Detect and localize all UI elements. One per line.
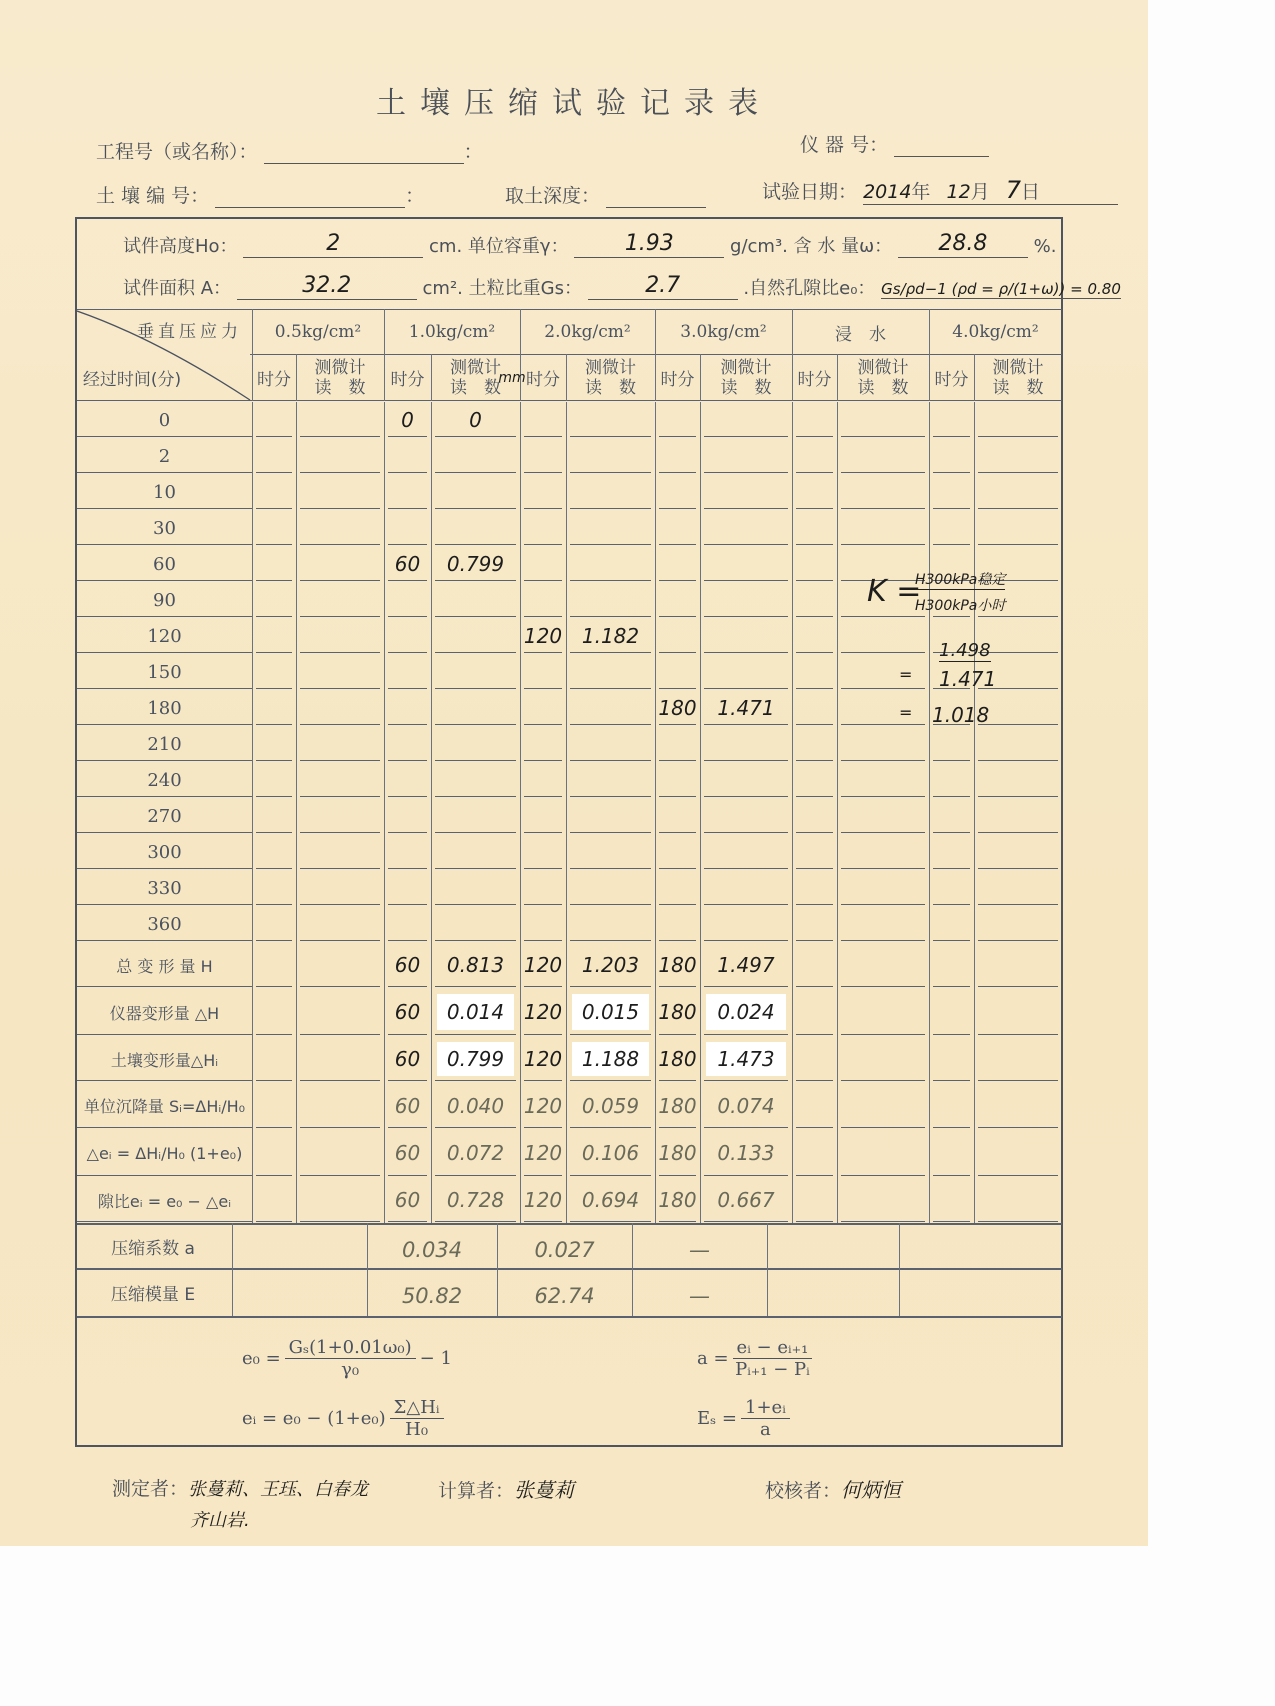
- calc-value[interactable]: 0.014: [437, 994, 514, 1030]
- cell-underline: [659, 760, 696, 761]
- cell-underline: [435, 1221, 516, 1222]
- cell-underline: [659, 796, 696, 797]
- modulus-value[interactable]: 50.82: [367, 1275, 497, 1317]
- calc-value[interactable]: 0.059: [572, 1088, 649, 1123]
- cell-underline: [524, 436, 562, 437]
- cell-underline: [659, 472, 696, 473]
- cell-underline: [704, 940, 788, 941]
- cell-underline: [570, 1080, 651, 1081]
- calc-value[interactable]: 0.015: [572, 994, 649, 1030]
- cell-underline: [704, 1175, 788, 1176]
- k-symbol: K =: [867, 574, 921, 609]
- divider: [77, 688, 252, 689]
- divider: [296, 402, 297, 1223]
- cell-underline: [435, 832, 516, 833]
- divider: [77, 940, 252, 941]
- cell-underline: [978, 724, 1058, 725]
- cell-underline: [933, 544, 970, 545]
- project-field: 工程号（或名称）： ：: [96, 137, 483, 164]
- water-content-value[interactable]: 28.8: [898, 231, 1028, 258]
- cell-underline: [933, 1034, 970, 1035]
- cell-underline: [933, 986, 970, 987]
- tester-field: 测定者：张蔓莉、王珏、白春龙: [112, 1474, 368, 1501]
- time-row-label: 120: [77, 618, 252, 654]
- divider: [77, 1080, 252, 1081]
- calc-value[interactable]: 0.106: [572, 1135, 649, 1171]
- calc-time[interactable]: 60: [384, 942, 431, 988]
- cell-underline: [796, 1127, 833, 1128]
- divider: [77, 508, 252, 509]
- calc-value[interactable]: 0.040: [437, 1088, 514, 1123]
- cell-underline: [435, 796, 516, 797]
- cell-underline: [256, 904, 292, 905]
- cell-underline: [796, 544, 833, 545]
- cell-underline: [933, 472, 970, 473]
- cell-underline: [841, 472, 925, 473]
- calc-value[interactable]: 1.203: [572, 948, 649, 982]
- calc-time[interactable]: 120: [520, 1177, 566, 1223]
- cell-underline: [978, 1127, 1058, 1128]
- e0-value[interactable]: Gs/ρd−1 (ρd = ρ/(1+ω)) = 0.80: [881, 280, 1121, 299]
- calc-time[interactable]: 60: [384, 988, 431, 1036]
- cell-underline: [256, 940, 292, 941]
- cell-underline: [841, 616, 925, 617]
- time-subheader: 时分: [655, 356, 700, 399]
- cell-underline: [524, 616, 562, 617]
- cell-underline: [256, 1034, 292, 1035]
- time-row-label: 2: [77, 438, 252, 474]
- cell-underline: [704, 508, 788, 509]
- formula-e0: e₀ = Gₛ(1+0.01ω₀)γ₀ − 1: [242, 1337, 452, 1380]
- height-value[interactable]: 2: [243, 231, 423, 258]
- time-row-label: 360: [77, 906, 252, 942]
- unit-weight-value[interactable]: 1.93: [574, 231, 724, 258]
- cell-underline: [388, 904, 427, 905]
- cell-underline: [704, 652, 788, 653]
- stress-header: 2.0kg/cm²: [520, 311, 655, 353]
- cell-underline: [300, 1127, 380, 1128]
- cell-underline: [978, 472, 1058, 473]
- cell-underline: [841, 508, 925, 509]
- cell-underline: [796, 760, 833, 761]
- cell-underline: [256, 760, 292, 761]
- cell-underline: [933, 436, 970, 437]
- cell-underline: [841, 760, 925, 761]
- cell-underline: [300, 986, 380, 987]
- reading-time[interactable]: 180: [655, 690, 700, 726]
- cell-underline: [435, 1175, 516, 1176]
- cell-underline: [435, 1034, 516, 1035]
- cell-underline: [435, 868, 516, 869]
- cell-underline: [256, 1175, 292, 1176]
- calc-row-label: 隙比eᵢ = e₀ − △eᵢ: [79, 1177, 250, 1223]
- cell-underline: [796, 724, 833, 725]
- cell-underline: [388, 724, 427, 725]
- calc-row-label: 仪器变形量 △H: [79, 988, 250, 1036]
- reading-time[interactable]: 120: [520, 618, 566, 654]
- cell-underline: [704, 436, 788, 437]
- depth-input[interactable]: [606, 185, 706, 208]
- cell-underline: [570, 436, 651, 437]
- calc-time[interactable]: 60: [384, 1082, 431, 1129]
- cell-underline: [256, 1080, 292, 1081]
- divider: [77, 868, 252, 869]
- time-row-label: 270: [77, 798, 252, 834]
- cell-underline: [435, 986, 516, 987]
- calc-time[interactable]: 180: [655, 1129, 700, 1177]
- cell-underline: [978, 832, 1058, 833]
- cell-underline: [524, 832, 562, 833]
- cell-underline: [933, 508, 970, 509]
- k-num-value: 1.498: [939, 640, 991, 662]
- divider: [77, 1034, 252, 1035]
- coef-a-value[interactable]: 0.034: [367, 1229, 497, 1271]
- calc-value[interactable]: 1.473: [706, 1042, 786, 1076]
- cell-underline: [796, 436, 833, 437]
- date-day[interactable]: 7: [1006, 176, 1021, 204]
- divider: [700, 402, 701, 1223]
- cell-underline: [388, 760, 427, 761]
- cell-underline: [796, 904, 833, 905]
- reading-value[interactable]: 0: [431, 402, 520, 438]
- cell-underline: [796, 508, 833, 509]
- cell-underline: [388, 796, 427, 797]
- cell-underline: [256, 832, 292, 833]
- cell-underline: [570, 1127, 651, 1128]
- k-denominator: H300kPa小时: [915, 595, 1005, 615]
- divider: [974, 402, 975, 1223]
- cell-underline: [841, 1221, 925, 1222]
- cell-underline: [570, 688, 651, 689]
- cell-underline: [704, 760, 788, 761]
- cell-underline: [796, 832, 833, 833]
- cell-underline: [256, 544, 292, 545]
- cell-underline: [933, 940, 970, 941]
- calc-value[interactable]: 0.799: [437, 1042, 514, 1076]
- cell-underline: [388, 652, 427, 653]
- coef-a-label: 压缩系数 a: [83, 1225, 223, 1267]
- k-den-value: 1.471: [939, 667, 996, 691]
- cell-underline: [841, 1080, 925, 1081]
- cell-underline: [841, 832, 925, 833]
- calc-time[interactable]: 120: [520, 1129, 566, 1177]
- cell-underline: [256, 986, 292, 987]
- stress-header: 3.0kg/cm²: [655, 311, 792, 353]
- specimen-row-1: 试件高度Ho： 2 cm. 单位容重γ： 1.93 g/cm³. 含 水 量ω：…: [123, 231, 1056, 258]
- instrument-input[interactable]: [894, 134, 989, 157]
- compression-table: 试件高度Ho： 2 cm. 单位容重γ： 1.93 g/cm³. 含 水 量ω：…: [75, 217, 1063, 1447]
- reading-value[interactable]: 1.182: [566, 618, 655, 654]
- instrument-field: 仪 器 号：: [800, 130, 989, 157]
- specimen-row-2: 试件面积 A： 32.2 cm². 土粒比重Gs： 2.7 .自然孔隙比e₀： …: [123, 273, 1121, 300]
- date-field: 试验日期： 2014年 12月 7日: [762, 176, 1118, 205]
- cell-underline: [704, 544, 788, 545]
- cell-underline: [704, 796, 788, 797]
- reading-subheader: 测微计读 数: [566, 356, 655, 399]
- cell-underline: [524, 688, 562, 689]
- cell-underline: [841, 688, 925, 689]
- cell-underline: [796, 940, 833, 941]
- cell-underline: [300, 508, 380, 509]
- cell-underline: [300, 832, 380, 833]
- time-row-label: 180: [77, 690, 252, 726]
- calc-value[interactable]: 0.813: [437, 948, 514, 982]
- cell-underline: [978, 868, 1058, 869]
- time-row-label: 210: [77, 726, 252, 762]
- cell-underline: [659, 436, 696, 437]
- reading-subheader: 测微计读 数: [296, 356, 384, 399]
- calc-value[interactable]: 0.133: [706, 1135, 786, 1171]
- divider: [899, 1223, 900, 1316]
- cell-underline: [796, 986, 833, 987]
- cell-underline: [256, 1221, 292, 1222]
- calc-value[interactable]: 1.188: [572, 1042, 649, 1076]
- cell-underline: [256, 472, 292, 473]
- tester-value[interactable]: 张蔓莉、王珏、白春龙: [188, 1479, 368, 1500]
- calc-value[interactable]: 1.497: [706, 948, 786, 982]
- cell-underline: [796, 1034, 833, 1035]
- cell-underline: [659, 868, 696, 869]
- cell-underline: [524, 760, 562, 761]
- cell-underline: [435, 472, 516, 473]
- cell-underline: [524, 868, 562, 869]
- cell-underline: [704, 986, 788, 987]
- calc-time[interactable]: 120: [520, 942, 566, 988]
- calc-time[interactable]: 180: [655, 988, 700, 1036]
- calc-time[interactable]: 120: [520, 1036, 566, 1082]
- cell-underline: [435, 904, 516, 905]
- project-input[interactable]: [264, 141, 464, 164]
- coef-a-value[interactable]: —: [632, 1229, 767, 1271]
- time-row-label: 30: [77, 510, 252, 546]
- cell-underline: [933, 796, 970, 797]
- cell-underline: [704, 472, 788, 473]
- cell-underline: [841, 796, 925, 797]
- stress-header: 4.0kg/cm²: [929, 311, 1062, 353]
- cell-underline: [796, 616, 833, 617]
- depth-label: 取土深度：: [505, 185, 600, 207]
- cell-underline: [978, 1080, 1058, 1081]
- cell-underline: [659, 616, 696, 617]
- cell-underline: [300, 796, 380, 797]
- cell-underline: [659, 508, 696, 509]
- divider: [767, 1223, 768, 1316]
- cell-underline: [388, 616, 427, 617]
- cell-underline: [704, 1127, 788, 1128]
- cell-underline: [978, 616, 1058, 617]
- cell-underline: [256, 868, 292, 869]
- soil-id-field: 土 壤 编 号： ：: [96, 181, 424, 208]
- cell-underline: [841, 1034, 925, 1035]
- time-row-label: 300: [77, 834, 252, 870]
- cell-underline: [796, 688, 833, 689]
- corner-top-label: 垂直压应力: [132, 315, 247, 343]
- cell-underline: [796, 796, 833, 797]
- time-row-label: 150: [77, 654, 252, 690]
- calc-time[interactable]: 180: [655, 942, 700, 988]
- modulus-value[interactable]: [232, 1275, 367, 1317]
- cell-underline: [300, 1175, 380, 1176]
- cell-underline: [933, 1127, 970, 1128]
- cell-underline: [796, 1221, 833, 1222]
- cell-underline: [978, 1221, 1058, 1222]
- cell-underline: [841, 436, 925, 437]
- modulus-value[interactable]: 62.74: [497, 1275, 632, 1317]
- cell-underline: [300, 472, 380, 473]
- calc-time[interactable]: 60: [384, 1036, 431, 1082]
- divider: [77, 544, 252, 545]
- cell-underline: [841, 1175, 925, 1176]
- soil-id-label: 土 壤 编 号：: [96, 185, 209, 207]
- cell-underline: [435, 544, 516, 545]
- cell-underline: [300, 1221, 380, 1222]
- divider: [77, 796, 252, 797]
- calculator-value[interactable]: 张蔓莉: [514, 1478, 574, 1502]
- cell-underline: [435, 760, 516, 761]
- calc-time[interactable]: 120: [520, 1082, 566, 1129]
- cell-underline: [978, 1034, 1058, 1035]
- calc-value[interactable]: 0.024: [706, 994, 786, 1030]
- cell-underline: [704, 616, 788, 617]
- cell-underline: [659, 688, 696, 689]
- cell-underline: [388, 688, 427, 689]
- cell-underline: [659, 580, 696, 581]
- cell-underline: [570, 940, 651, 941]
- cell-underline: [256, 508, 292, 509]
- cell-underline: [388, 868, 427, 869]
- soil-id-input[interactable]: [215, 185, 405, 208]
- calc-time[interactable]: 120: [520, 988, 566, 1036]
- cell-underline: [796, 1080, 833, 1081]
- calc-value[interactable]: 0.072: [437, 1135, 514, 1171]
- reading-time[interactable]: 60: [384, 546, 431, 582]
- depth-field: 取土深度：: [505, 181, 706, 208]
- cell-underline: [524, 940, 562, 941]
- calculator-field: 计算者：张蔓莉: [438, 1474, 574, 1503]
- date-month[interactable]: 12: [946, 181, 970, 203]
- cell-underline: [256, 724, 292, 725]
- calc-time[interactable]: 60: [384, 1129, 431, 1177]
- divider: [77, 652, 252, 653]
- cell-underline: [570, 1175, 651, 1176]
- k-result: 1.018: [932, 703, 989, 727]
- cell-underline: [704, 832, 788, 833]
- reading-time[interactable]: 0: [384, 402, 431, 438]
- cell-underline: [704, 1221, 788, 1222]
- cell-underline: [524, 472, 562, 473]
- divider: [77, 1221, 252, 1222]
- time-subheader: 时分: [520, 356, 566, 399]
- gs-value[interactable]: 2.7: [588, 273, 738, 300]
- cell-underline: [256, 796, 292, 797]
- cell-underline: [704, 580, 788, 581]
- modulus-label: 压缩模量 E: [83, 1270, 223, 1314]
- cell-underline: [256, 580, 292, 581]
- cell-underline: [570, 472, 651, 473]
- cell-underline: [978, 1175, 1058, 1176]
- cell-underline: [300, 868, 380, 869]
- cell-underline: [933, 616, 970, 617]
- cell-underline: [524, 508, 562, 509]
- cell-underline: [388, 544, 427, 545]
- time-subheader: 时分: [929, 356, 974, 399]
- cell-underline: [933, 868, 970, 869]
- reading-subheader: 测微计读 数: [700, 356, 792, 399]
- cell-underline: [435, 1127, 516, 1128]
- cell-underline: [570, 868, 651, 869]
- divider: [929, 402, 930, 1223]
- reading-value[interactable]: 0.799: [431, 546, 520, 582]
- cell-underline: [704, 1034, 788, 1035]
- time-subheader: 时分: [792, 356, 837, 399]
- divider: [77, 1223, 1062, 1225]
- coef-a-value[interactable]: 0.027: [497, 1229, 632, 1271]
- reading-value[interactable]: 1.471: [700, 690, 792, 726]
- cell-underline: [659, 940, 696, 941]
- calc-value[interactable]: 0.694: [572, 1183, 649, 1217]
- cell-underline: [388, 940, 427, 941]
- divider: [77, 760, 252, 761]
- cell-underline: [841, 544, 925, 545]
- corner-bottom-label: 经过时间(分): [77, 359, 187, 395]
- reading-subheader: 测微计读 数: [837, 356, 929, 399]
- checker-field: 校核者：何炳恒: [765, 1474, 901, 1503]
- formula-a: a = eᵢ − eᵢ₊₁Pᵢ₊₁ − Pᵢ: [697, 1337, 816, 1380]
- k-numerator: H300kPa稳定: [915, 569, 1005, 590]
- cell-underline: [841, 986, 925, 987]
- divider: [837, 402, 838, 1223]
- cell-underline: [933, 832, 970, 833]
- cell-underline: [978, 544, 1058, 545]
- calc-time[interactable]: 180: [655, 1082, 700, 1129]
- cell-underline: [570, 616, 651, 617]
- cell-underline: [841, 724, 925, 725]
- checker-value[interactable]: 何炳恒: [841, 1478, 901, 1502]
- calc-value[interactable]: 0.667: [706, 1183, 786, 1217]
- cell-underline: [300, 940, 380, 941]
- cell-underline: [435, 688, 516, 689]
- divider: [252, 402, 253, 1223]
- calc-time[interactable]: 180: [655, 1036, 700, 1082]
- time-row-label: 90: [77, 582, 252, 618]
- cell-underline: [256, 652, 292, 653]
- stress-header: 0.5kg/cm²: [252, 311, 384, 353]
- cell-underline: [933, 904, 970, 905]
- reading-subheader: 测微计读 数: [974, 356, 1062, 399]
- cell-underline: [570, 986, 651, 987]
- calc-value[interactable]: 0.728: [437, 1183, 514, 1217]
- cell-underline: [796, 1175, 833, 1176]
- cell-underline: [300, 580, 380, 581]
- tester-value-2[interactable]: 齐山岩.: [190, 1506, 250, 1532]
- calc-value[interactable]: 0.074: [706, 1088, 786, 1123]
- date-year[interactable]: 2014: [863, 181, 911, 203]
- cell-underline: [524, 796, 562, 797]
- divider: [77, 472, 252, 473]
- cell-underline: [570, 904, 651, 905]
- calc-time[interactable]: 60: [384, 1177, 431, 1223]
- cell-underline: [524, 724, 562, 725]
- area-value[interactable]: 32.2: [237, 273, 417, 300]
- paper-sheet: 土壤压缩试验记录表 工程号（或名称）： ： 仪 器 号： 土 壤 编 号： ： …: [0, 0, 1148, 1546]
- modulus-value[interactable]: —: [632, 1275, 767, 1317]
- coef-a-value[interactable]: [232, 1229, 367, 1271]
- cell-underline: [524, 580, 562, 581]
- cell-underline: [570, 832, 651, 833]
- cell-underline: [933, 1221, 970, 1222]
- cell-underline: [256, 688, 292, 689]
- calc-time[interactable]: 180: [655, 1177, 700, 1223]
